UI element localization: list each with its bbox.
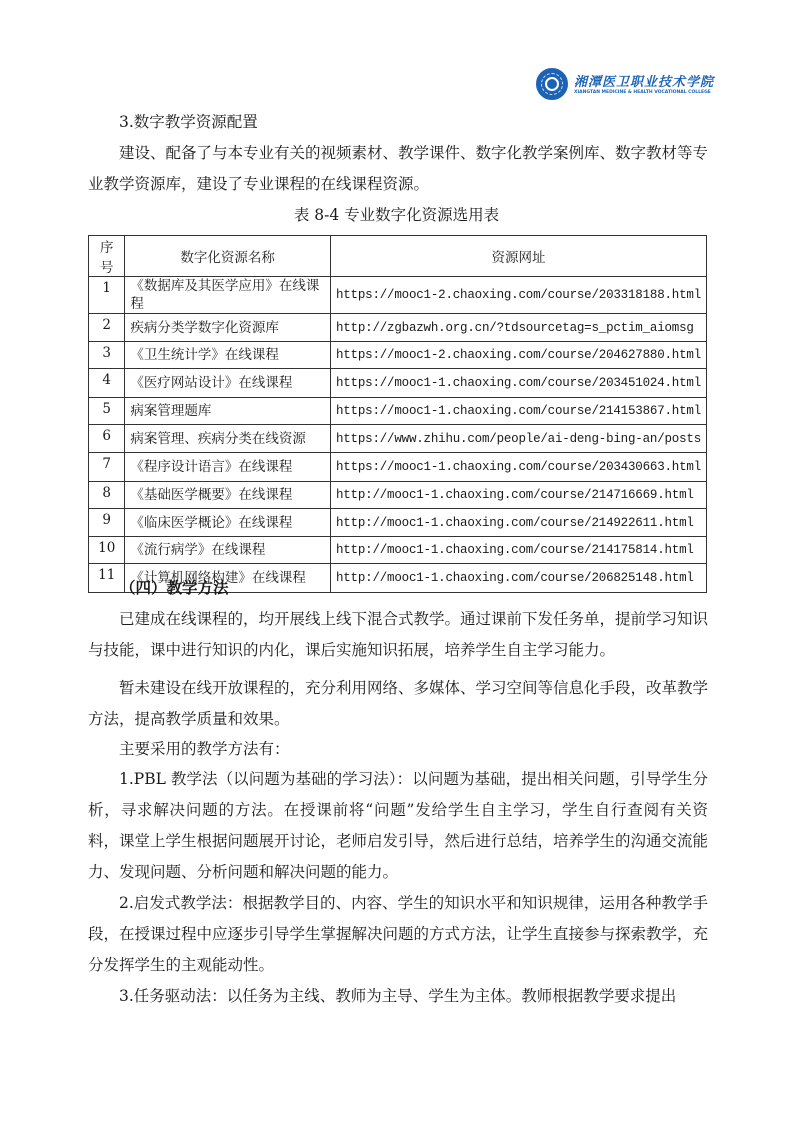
section-3-body: 建设、配备了与本专业有关的视频素材、教学课件、数字化教学案例库、数字教材等专业教… <box>88 138 708 200</box>
section-4-title: （四）教学方法 <box>120 576 229 598</box>
section-4-paragraph-3: 主要采用的教学方法有： <box>88 734 708 765</box>
table-row: 9 《临床医学概论》在线课程 http://mooc1-1.chaoxing.c… <box>89 509 707 537</box>
section-3-title: 3.数字教学资源配置 <box>88 107 708 138</box>
row-url[interactable]: https://www.zhihu.com/people/ai-deng-bin… <box>330 425 706 453</box>
row-name: 《临床医学概论》在线课程 <box>125 509 331 537</box>
method-pbl: 1.PBL 教学法（以问题为基础的学习法）：以问题为基础，提出相关问题，引导学生… <box>88 764 708 888</box>
table-row: 7 《程序设计语言》在线课程 https://mooc1-1.chaoxing.… <box>89 453 707 482</box>
row-url[interactable]: http://mooc1-1.chaoxing.com/course/21492… <box>330 509 706 537</box>
row-url[interactable]: https://mooc1-2.chaoxing.com/course/2046… <box>330 342 706 369</box>
table-row: 3 《卫生统计学》在线课程 https://mooc1-2.chaoxing.c… <box>89 342 707 369</box>
digital-resource-table: 序号 数字化资源名称 资源网址 1 《数据库及其医学应用》在线课程 https:… <box>88 235 707 593</box>
row-no: 7 <box>89 453 125 482</box>
table-row: 2 疾病分类学数字化资源库 http://zgbazwh.org.cn/?tds… <box>89 314 707 342</box>
table-header-row: 序号 数字化资源名称 资源网址 <box>89 236 707 277</box>
college-emblem-icon <box>536 68 568 100</box>
header-url: 资源网址 <box>330 236 706 277</box>
row-name: 《数据库及其医学应用》在线课程 <box>125 277 331 314</box>
row-url[interactable]: https://mooc1-1.chaoxing.com/course/2034… <box>330 369 706 398</box>
table-row: 8 《基础医学概要》在线课程 http://mooc1-1.chaoxing.c… <box>89 482 707 509</box>
table-row: 4 《医疗网站设计》在线课程 https://mooc1-1.chaoxing.… <box>89 369 707 398</box>
college-logo: 湘潭医卫职业技术学院 XIANGTAN MEDICINE & HEALTH VO… <box>536 68 696 102</box>
row-no: 10 <box>89 537 125 564</box>
college-name-cn: 湘潭医卫职业技术学院 <box>574 71 714 90</box>
row-no: 3 <box>89 342 125 369</box>
row-name: 《卫生统计学》在线课程 <box>125 342 331 369</box>
table-row: 5 病案管理题库 https://mooc1-1.chaoxing.com/co… <box>89 398 707 425</box>
row-no: 5 <box>89 398 125 425</box>
row-no: 6 <box>89 425 125 453</box>
row-name: 《程序设计语言》在线课程 <box>125 453 331 482</box>
row-name: 疾病分类学数字化资源库 <box>125 314 331 342</box>
row-url[interactable]: https://mooc1-2.chaoxing.com/course/2033… <box>330 277 706 314</box>
table-row: 6 病案管理、疾病分类在线资源 https://www.zhihu.com/pe… <box>89 425 707 453</box>
row-name: 《医疗网站设计》在线课程 <box>125 369 331 398</box>
row-name: 《基础医学概要》在线课程 <box>125 482 331 509</box>
row-url[interactable]: http://mooc1-1.chaoxing.com/course/21417… <box>330 537 706 564</box>
row-name: 病案管理、疾病分类在线资源 <box>125 425 331 453</box>
method-heuristic: 2.启发式教学法：根据教学目的、内容、学生的知识水平和知识规律，运用各种教学手段… <box>88 888 708 981</box>
table-row: 10 《流行病学》在线课程 http://mooc1-1.chaoxing.co… <box>89 537 707 564</box>
row-no: 1 <box>89 277 125 314</box>
row-no: 4 <box>89 369 125 398</box>
row-url[interactable]: http://mooc1-1.chaoxing.com/course/21471… <box>330 482 706 509</box>
college-name-en: XIANGTAN MEDICINE & HEALTH VOCATIONAL CO… <box>574 90 711 95</box>
row-name: 《流行病学》在线课程 <box>125 537 331 564</box>
row-no: 8 <box>89 482 125 509</box>
row-no: 9 <box>89 509 125 537</box>
table-caption: 表 8-4 专业数字化资源选用表 <box>0 203 793 225</box>
section-4-paragraph-1: 已建成在线课程的，均开展线上线下混合式教学。通过课前下发任务单，提前学习知识与技… <box>88 604 708 666</box>
header-name: 数字化资源名称 <box>125 236 331 277</box>
method-task-driven: 3.任务驱动法：以任务为主线、教师为主导、学生为主体。教师根据教学要求提出 <box>88 981 708 1012</box>
section-4-paragraph-2: 暂未建设在线开放课程的，充分利用网络、多媒体、学习空间等信息化手段，改革教学方法… <box>88 673 708 735</box>
row-url[interactable]: http://mooc1-1.chaoxing.com/course/20682… <box>330 564 706 593</box>
row-name: 病案管理题库 <box>125 398 331 425</box>
row-url[interactable]: http://zgbazwh.org.cn/?tdsourcetag=s_pct… <box>330 314 706 342</box>
header-no: 序号 <box>89 236 125 277</box>
table-row: 1 《数据库及其医学应用》在线课程 https://mooc1-2.chaoxi… <box>89 277 707 314</box>
row-url[interactable]: https://mooc1-1.chaoxing.com/course/2141… <box>330 398 706 425</box>
row-url[interactable]: https://mooc1-1.chaoxing.com/course/2034… <box>330 453 706 482</box>
row-no: 2 <box>89 314 125 342</box>
